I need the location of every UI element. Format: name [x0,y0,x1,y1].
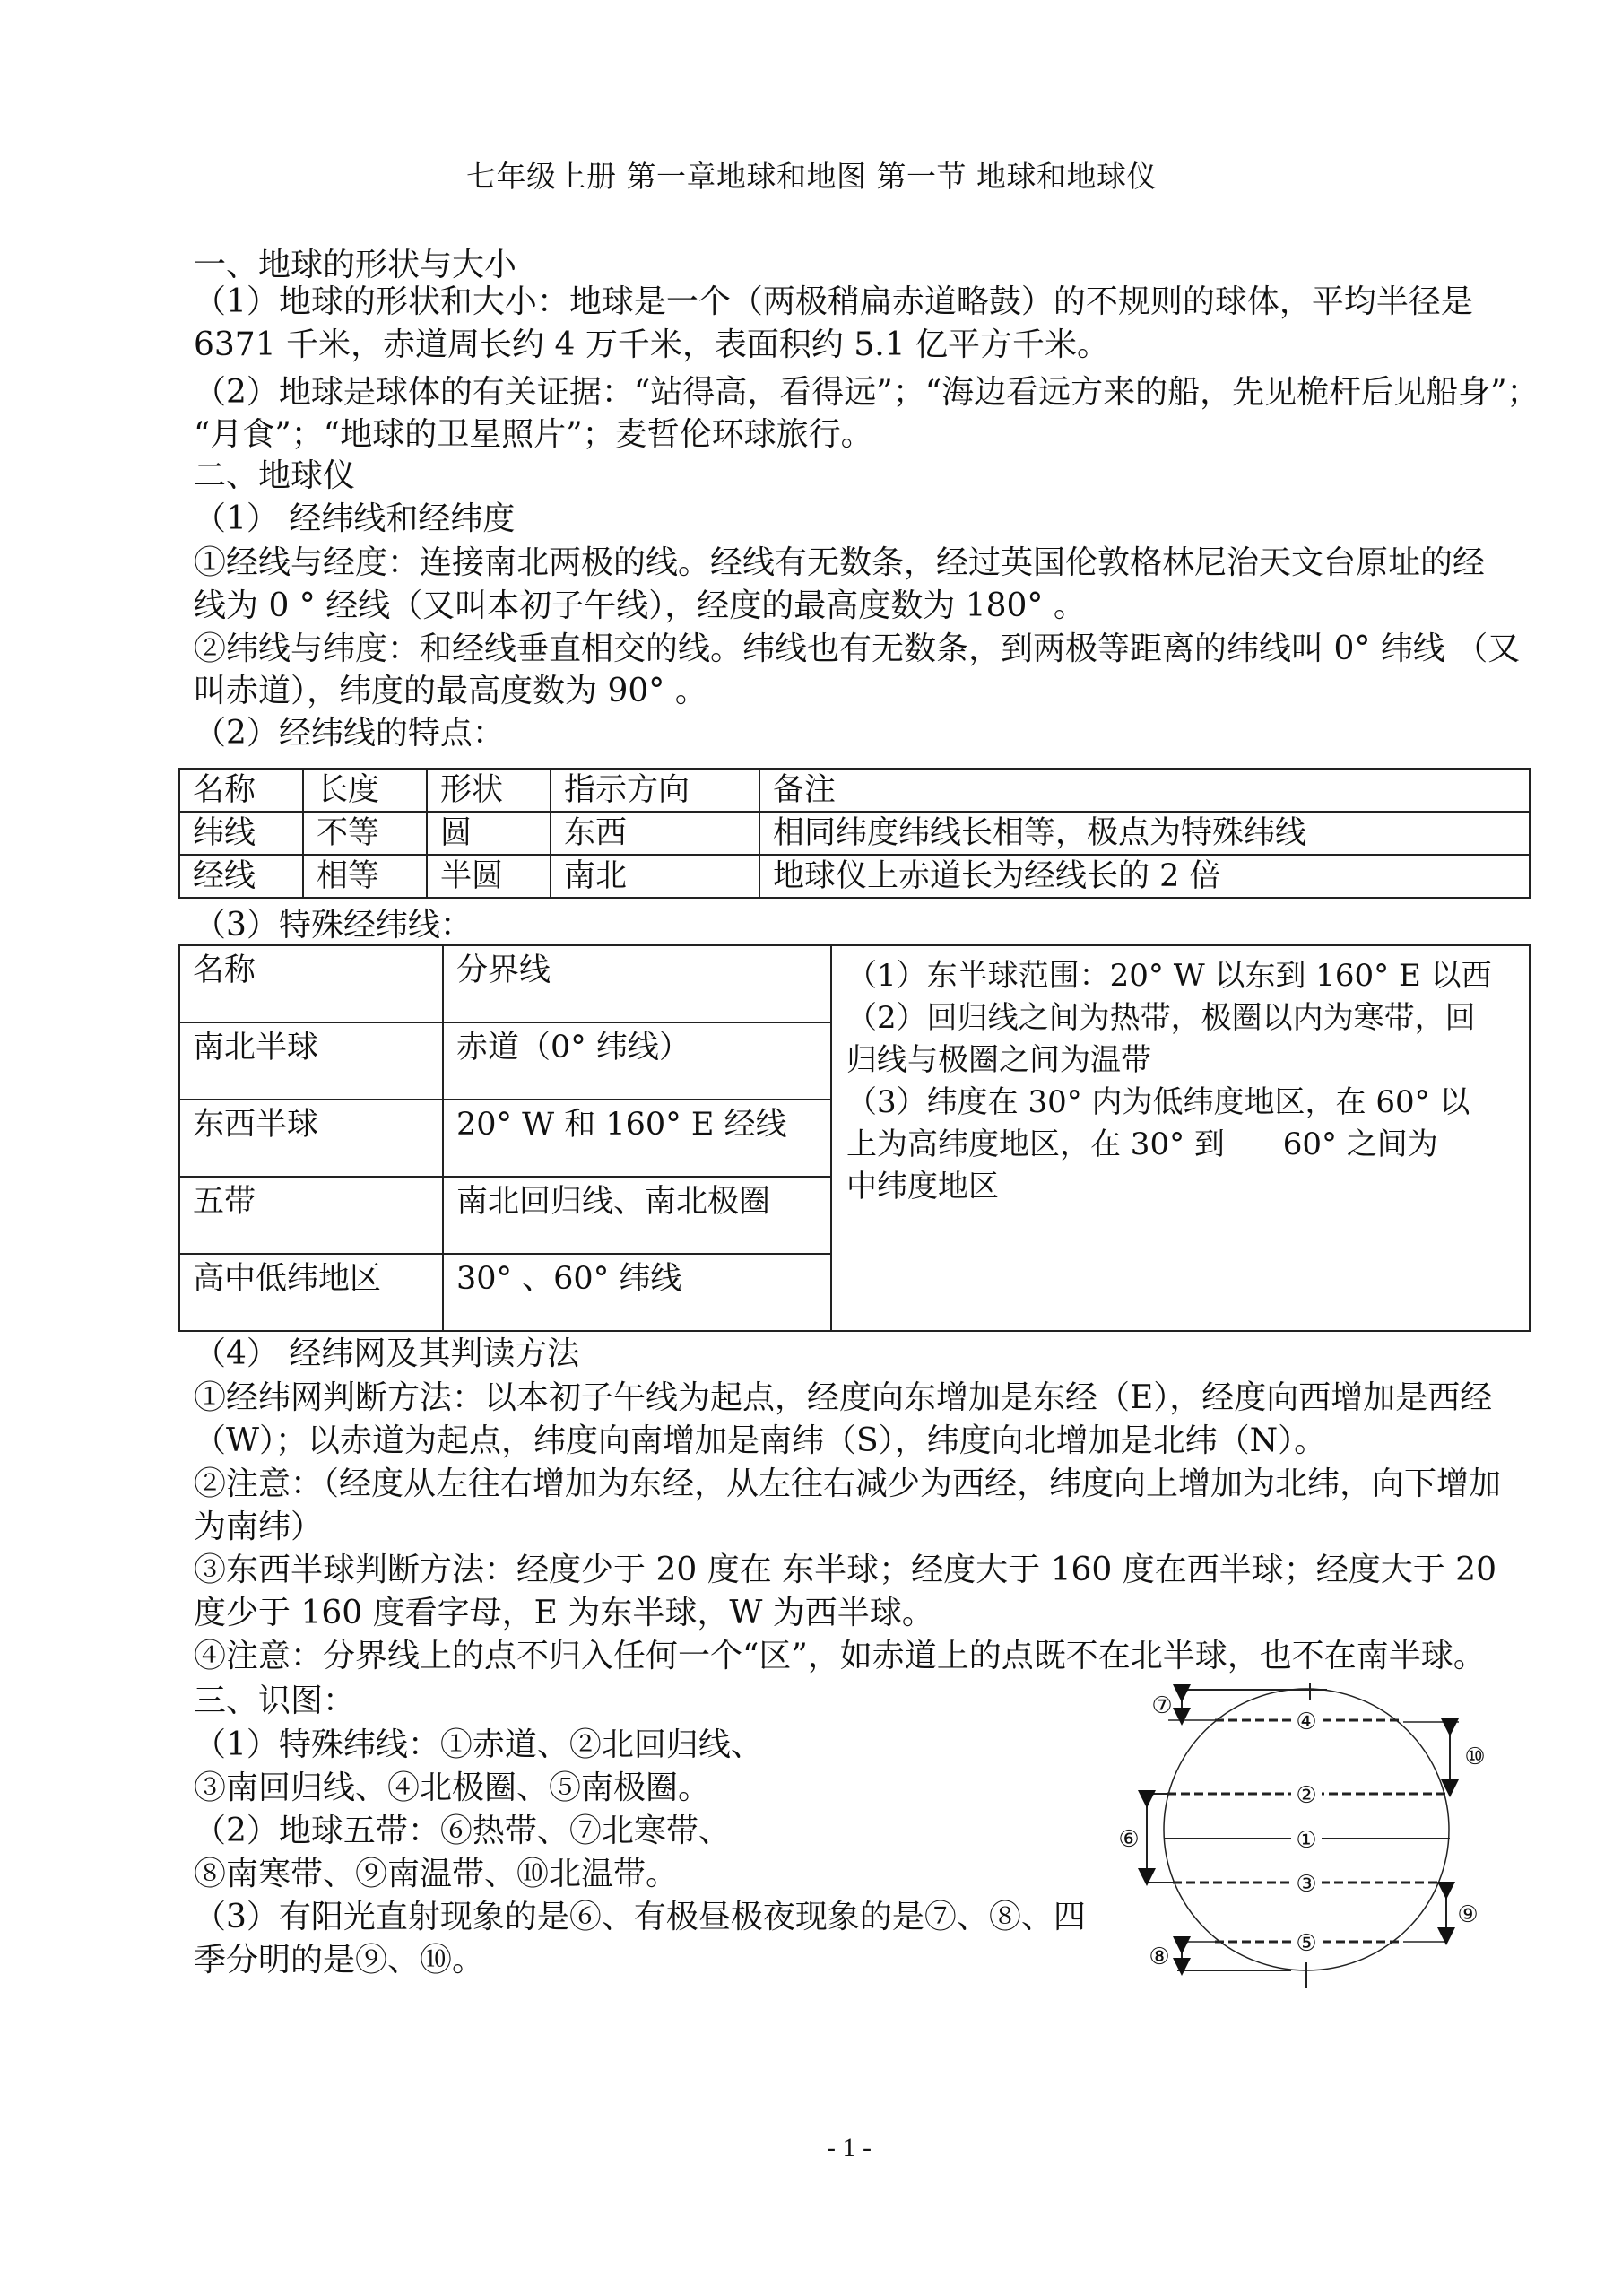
page-number: - 1 - [827,2133,872,2163]
label-tropic-cancer: ② [1296,1782,1316,1809]
label-south-frigid: ⑧ [1149,1944,1169,1970]
label-tropical-zone: ⑥ [1118,1826,1139,1853]
label-arctic-circle: ④ [1296,1709,1316,1735]
label-antarctic-circle: ⑤ [1296,1930,1316,1957]
earth-zones-diagram: ④ ② ① ③ ⑤ ⑥ ⑦ ⑧ ⑨ ⑩ [0,0,1622,2296]
label-tropic-capricorn: ③ [1296,1871,1316,1898]
label-equator: ① [1296,1827,1316,1854]
label-north-temperate: ⑩ [1464,1744,1485,1770]
label-north-frigid: ⑦ [1151,1692,1172,1719]
label-south-temperate: ⑨ [1457,1901,1478,1928]
